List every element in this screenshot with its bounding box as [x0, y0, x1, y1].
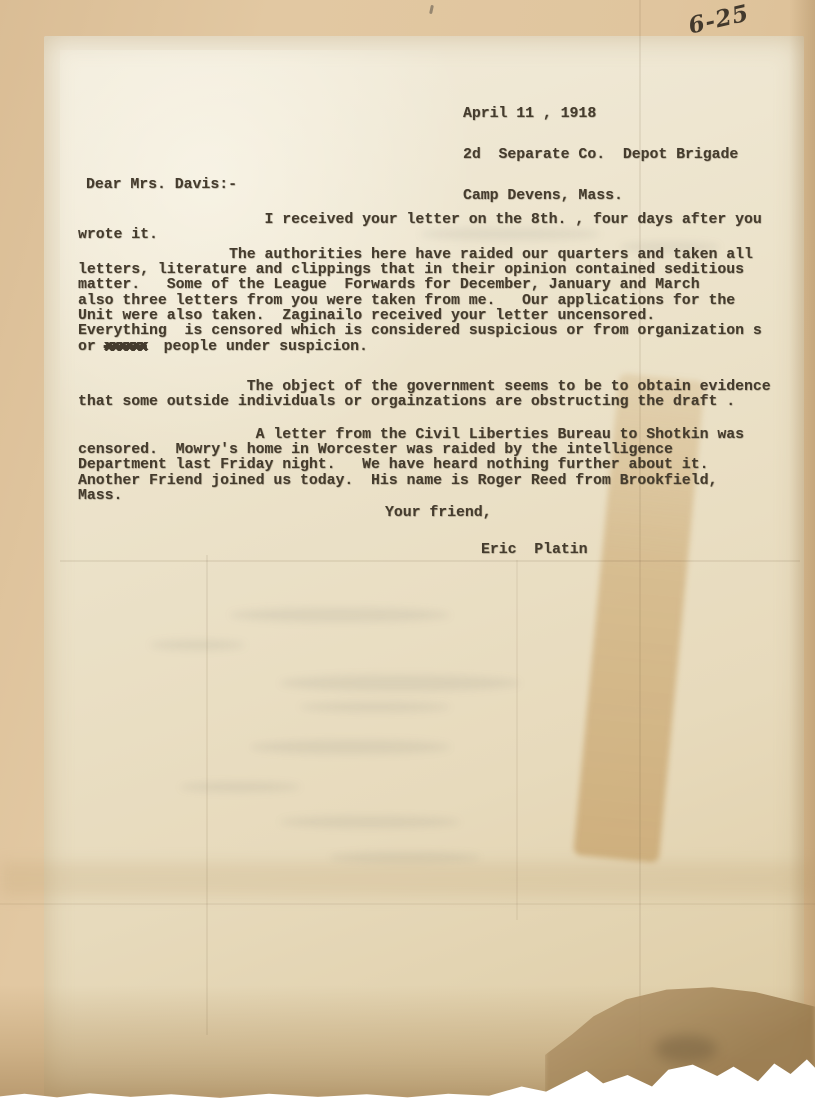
- vertical-crease: [516, 560, 518, 920]
- unit-line: 2d Separate Co. Depot Brigade: [463, 147, 738, 163]
- horizontal-crease: [0, 903, 815, 905]
- censored-line-suffix: people under suspicion.: [146, 339, 368, 355]
- horizontal-crease: [60, 560, 800, 562]
- discoloration-band: [0, 862, 815, 896]
- right-edge-shadow: [789, 0, 815, 1101]
- date-line: April 11 , 1918: [463, 106, 596, 122]
- ghost-smudge: [150, 640, 245, 650]
- paragraph-1: I received your letter on the 8th. , fou…: [78, 213, 762, 243]
- closing: Your friend,: [385, 506, 492, 521]
- vertical-crease: [206, 555, 208, 1035]
- censored-line-prefix: or: [78, 339, 105, 355]
- location-line: Camp Devens, Mass.: [463, 188, 623, 204]
- letter-heading: April 11 , 1918 2d Separate Co. Depot Br…: [463, 104, 738, 207]
- paragraph-4: A letter from the Civil Liberties Bureau…: [78, 428, 744, 504]
- ghost-smudge: [300, 702, 450, 712]
- ghost-smudge: [280, 816, 460, 828]
- stray-ink-mark: [429, 5, 434, 14]
- ghost-smudge: [280, 675, 520, 691]
- ghost-smudge: [250, 740, 450, 754]
- paragraph-3: The object of the government seems to be…: [78, 380, 771, 410]
- salutation: Dear Mrs. Davis:-: [86, 178, 237, 193]
- scanned-letter-page: 6-25 April 11 , 1918 2d Separate Co. Dep…: [0, 0, 815, 1101]
- paragraph-2-last-line: or xxxxxx people under suspicion.: [78, 340, 368, 355]
- dark-smudge: [655, 1035, 717, 1063]
- handwritten-annotation: 6-25: [686, 0, 752, 40]
- censored-word: xxxxxx: [105, 339, 146, 355]
- ghost-smudge: [180, 782, 300, 792]
- paragraph-2: The authorities here have raided our qua…: [78, 248, 762, 339]
- signature: Eric Platin: [481, 543, 588, 558]
- ghost-smudge: [230, 608, 450, 622]
